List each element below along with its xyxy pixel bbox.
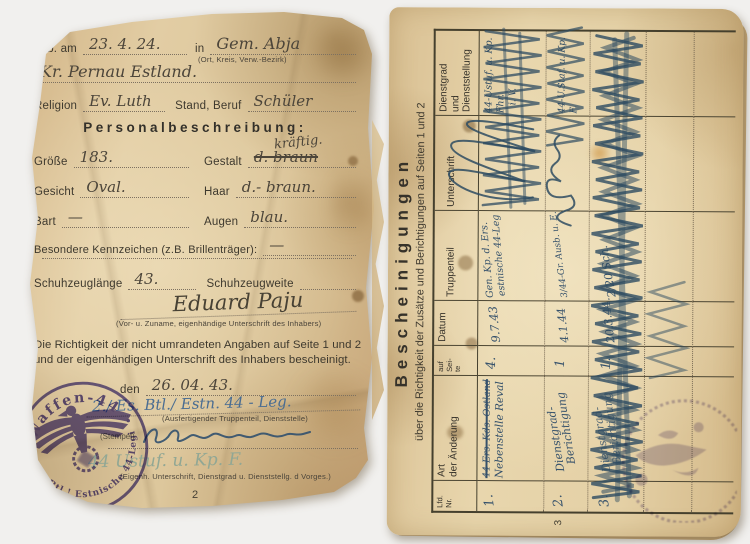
- row2-nr: 2.: [543, 481, 587, 511]
- religion-value: Ev. Luth: [83, 92, 165, 112]
- augen-label: Augen: [204, 216, 244, 228]
- schuh-laenge-value: 43.: [128, 270, 196, 290]
- empty-cell: [645, 117, 693, 212]
- row1-dienstgrad: 44-Ustuf. u. Kp. Fhr. i. V.: [479, 31, 545, 116]
- beruf-value: Schüler: [248, 92, 357, 112]
- empty-cell: [692, 212, 734, 302]
- empty-cell: [692, 302, 734, 347]
- paper-stain: [330, 158, 370, 248]
- in-label: in: [187, 43, 210, 55]
- empty-cell: [644, 302, 692, 347]
- row1-art: 44 Ers. Kds. Ostland Nebenstelle Reval: [477, 376, 544, 481]
- geb-am-label: geb. am: [34, 43, 83, 55]
- augen-value: blau.: [244, 208, 356, 228]
- row2-truppenteil: 3/44-Gr. Ausb. u. E.: [544, 211, 588, 301]
- gestalt-label: Gestalt: [204, 156, 248, 168]
- col-header-datum: Datum: [434, 301, 478, 346]
- bart-value: —: [62, 208, 189, 228]
- col-header-art: Artder Änderung: [433, 376, 478, 481]
- row1-seite: 4.: [478, 346, 544, 376]
- row3-unterschrift: [589, 117, 645, 212]
- row3-seite: 1.: [588, 347, 644, 377]
- religion-label: Religion: [34, 100, 83, 112]
- col-header-lfd-nr: Lfd.Nr.: [433, 481, 477, 511]
- empty-cell: [693, 32, 735, 117]
- haar-label: Haar: [204, 186, 236, 198]
- stand-beruf-label: Stand, Beruf: [165, 100, 247, 112]
- gesicht-label: Gesicht: [34, 186, 80, 198]
- row3-truppenteil: 2/20 Sch.: [588, 212, 644, 302]
- groesse-value: 183.: [74, 148, 189, 168]
- kennzeichen-label: Besondere Kennzeichen (z.B. Brillenträge…: [34, 244, 263, 256]
- row1-truppenteil: Gen. Kp. d. Ers. estnische 44-Leg: [478, 211, 544, 301]
- birth-place-line2: Kr. Pernau Estland.: [34, 62, 356, 83]
- row2-art: Dienstgrad- Berichtigung: [543, 376, 588, 481]
- gesicht-value: Oval.: [80, 178, 189, 198]
- faint-corner-stamp: [605, 390, 738, 523]
- col-header-auf-seite: aufSei-te: [434, 346, 478, 376]
- schuh-laenge-label: Schuhzeuglänge: [34, 278, 128, 290]
- row2-seite: 1: [544, 346, 588, 376]
- scanned-document-photo: geb. am 23. 4. 24. in Gem. Abja (Ort, Kr…: [0, 0, 750, 544]
- certify-line1: Die Richtigkeit der nicht umrandeten Ang…: [34, 339, 361, 351]
- officer-signature-scrawl: [140, 422, 315, 448]
- certify-line2: und der eigenhändigen Unterschrift des I…: [34, 354, 351, 366]
- right-page: Bescheinigungen über die Richtigkeit der…: [387, 7, 744, 537]
- bescheinigungen-title: Bescheinigungen: [391, 17, 414, 527]
- groesse-label: Größe: [34, 156, 74, 168]
- empty-cell: [692, 347, 734, 377]
- row2-unterschrift: [545, 116, 589, 211]
- row1-datum: 9.7.43: [478, 301, 544, 346]
- row2-datum: 4.1.44: [544, 301, 588, 346]
- empty-cell: [644, 347, 692, 377]
- birth-place-value: Gem. Abja: [210, 34, 356, 55]
- col-header-unterschrift: Unterschrift: [435, 116, 479, 211]
- empty-cell: [644, 212, 692, 302]
- row1-unterschrift: [479, 116, 545, 211]
- bescheinigungen-subtitle: über die Richtigkeit der Zusätze und Ber…: [413, 17, 428, 527]
- empty-cell: [645, 32, 693, 117]
- personalbeschreibung-heading: Personalbeschreibung:: [12, 120, 378, 135]
- left-page: geb. am 23. 4. 24. in Gem. Abja (Ort, Kr…: [12, 8, 378, 524]
- empty-dotted-line: [42, 258, 352, 259]
- right-page-number: 3: [553, 520, 564, 526]
- haar-value: d.- braun.: [236, 178, 356, 198]
- row3-datum: 20.3.44.: [588, 302, 644, 347]
- row2-dienstgrad: 44-U.Staf. u. Kp. F.: [545, 31, 589, 116]
- col-header-truppenteil: Truppenteil: [434, 211, 478, 301]
- birth-date-value: 23. 4. 24.: [83, 35, 187, 55]
- owner-signature: Eduard Paju: [120, 286, 357, 320]
- row1-nr: 1.: [477, 481, 543, 511]
- bart-label: Bart: [34, 216, 62, 228]
- empty-cell: [693, 117, 735, 212]
- kennzeichen-value: —: [263, 236, 356, 256]
- owner-signature-caption: (Vor- u. Zuname, eigenhändige Unterschri…: [116, 319, 321, 328]
- row3-dienstgrad: [589, 32, 645, 117]
- col-header-dienstgrad: Dienstgradund Dienststellung: [435, 31, 479, 116]
